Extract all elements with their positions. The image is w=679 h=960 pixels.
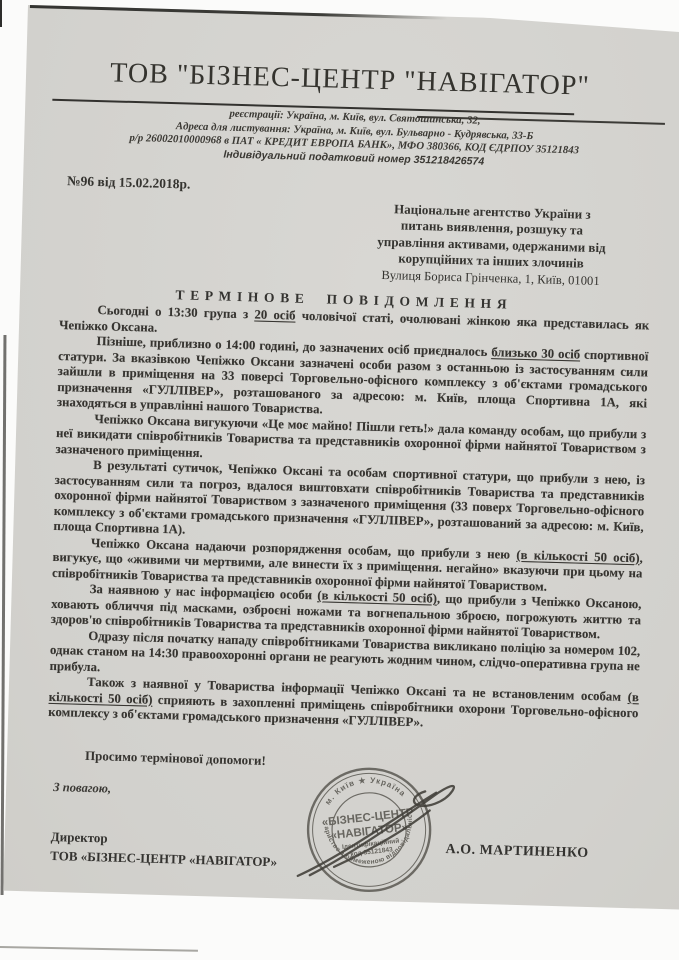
valediction: З повагою, bbox=[53, 780, 111, 797]
signature-stroke bbox=[310, 782, 454, 879]
underlined-text: близько 30 осіб bbox=[491, 345, 580, 361]
underlined-text: (в кількості 50 осіб) bbox=[516, 547, 640, 564]
reference-number-date: №96 від 15.02.2018р. bbox=[67, 173, 191, 192]
underlined-text: (в кількості 50 осіб) bbox=[317, 588, 437, 605]
signature-stroke bbox=[334, 808, 430, 870]
company-title: ТОВ "БІЗНЕС-ЦЕНТР "НАВІГАТОР" bbox=[26, 55, 675, 105]
letterhead-fine-print: реєстрації: Україна, м. Київ, вул. Свято… bbox=[24, 102, 679, 175]
signature-title-block: Директор ТОВ «БІЗНЕС-ЦЕНТР «НАВІГАТОР» bbox=[50, 827, 278, 871]
scanned-letter: ТОВ "БІЗНЕС-ЦЕНТР "НАВІГАТОР" реєстрації… bbox=[0, 0, 679, 960]
scan-edge-artifact-bottom bbox=[0, 946, 198, 952]
letter-body: Сьогодні о 13:30 група з 20 осіб чоловіч… bbox=[48, 302, 649, 737]
handwritten-signature bbox=[286, 755, 480, 890]
scan-edge-artifact-topleft bbox=[0, 0, 2, 27]
letter-page: ТОВ "БІЗНЕС-ЦЕНТР "НАВІГАТОР" реєстрації… bbox=[3, 5, 679, 910]
recipient-block: Національне агентство України зпитань ви… bbox=[320, 199, 662, 290]
request-line: Просимо термінової допомоги! bbox=[85, 748, 266, 769]
underlined-text: 20 осіб bbox=[254, 307, 295, 322]
